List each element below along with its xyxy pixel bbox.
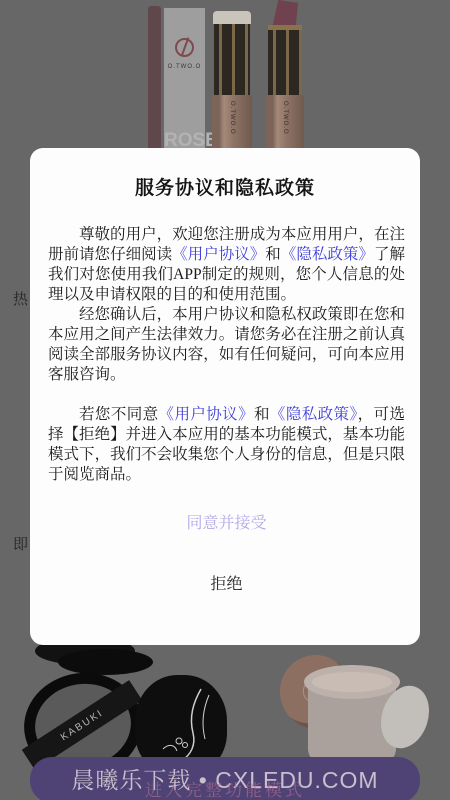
app-screen: O.TWO.O ROSE O.TWO.O O.TWO.O 热 即 KABUKI	[0, 0, 450, 800]
bg-label-ji: 即	[13, 533, 28, 554]
lipstick-cap-body	[214, 24, 250, 95]
agree-button[interactable]: 同意并接受	[48, 514, 405, 534]
lipstick-cap-rim	[213, 11, 251, 24]
reject-button[interactable]: 拒绝	[48, 575, 405, 595]
lipstick-open: O.TWO.O	[266, 0, 304, 148]
link-privacy-policy[interactable]: 《隐私政策》	[270, 406, 358, 423]
box-brand-text: O.TWO.O	[164, 64, 205, 70]
product-photo-lipsticks: O.TWO.O ROSE O.TWO.O O.TWO.O	[0, 0, 450, 148]
paragraph-text: 和	[254, 406, 270, 423]
link-user-agreement[interactable]: 《用户协议》	[172, 246, 265, 263]
link-user-agreement[interactable]: 《用户协议》	[159, 406, 254, 423]
paragraph-text: 和	[265, 246, 281, 263]
lipstick-bullet	[270, 0, 298, 27]
brand-logo-icon	[175, 38, 194, 57]
paragraph-text: 若您不同意	[79, 406, 159, 423]
lipstick-base: O.TWO.O	[212, 95, 252, 148]
paragraph-3: 若您不同意《用户协议》和《隐私政策》，可选择【拒绝】并进入本应用的基本功能模式，…	[48, 405, 405, 485]
doodle-pattern-icon	[143, 683, 219, 767]
lipstick-box: O.TWO.O ROSE	[164, 8, 205, 148]
bg-label-hot: 热	[13, 288, 28, 309]
lipstick-side-label: O.TWO.O	[282, 101, 288, 135]
lipstick-mechanism	[268, 30, 302, 95]
paragraph-2: 经您确认后，本用户协议和隐私权政策即在您和本应用之间产生法律效力。请您务必在注册…	[48, 305, 405, 385]
link-privacy-policy[interactable]: 《隐私政策》	[281, 246, 374, 263]
lipstick-side-label: O.TWO.O	[229, 101, 235, 135]
paragraph-1: 尊敬的用户，欢迎您注册成为本应用用户，在注册前请您仔细阅读《用户协议》和《隐私政…	[48, 225, 405, 305]
dialog-title: 服务协议和隐私政策	[30, 173, 420, 200]
lipstick-capped: O.TWO.O	[212, 0, 252, 148]
ghost-full-mode-button-text: 进入完整功能模式	[0, 776, 450, 800]
privacy-dialog: 服务协议和隐私政策 尊敬的用户，欢迎您注册成为本应用用户，在注册前请您仔细阅读《…	[30, 148, 420, 645]
lipstick-base: O.TWO.O	[266, 95, 304, 148]
black-lid-disc	[58, 649, 153, 675]
dialog-body: 尊敬的用户，欢迎您注册成为本应用用户，在注册前请您仔细阅读《用户协议》和《隐私政…	[48, 225, 405, 595]
lip-pencil	[148, 6, 161, 148]
